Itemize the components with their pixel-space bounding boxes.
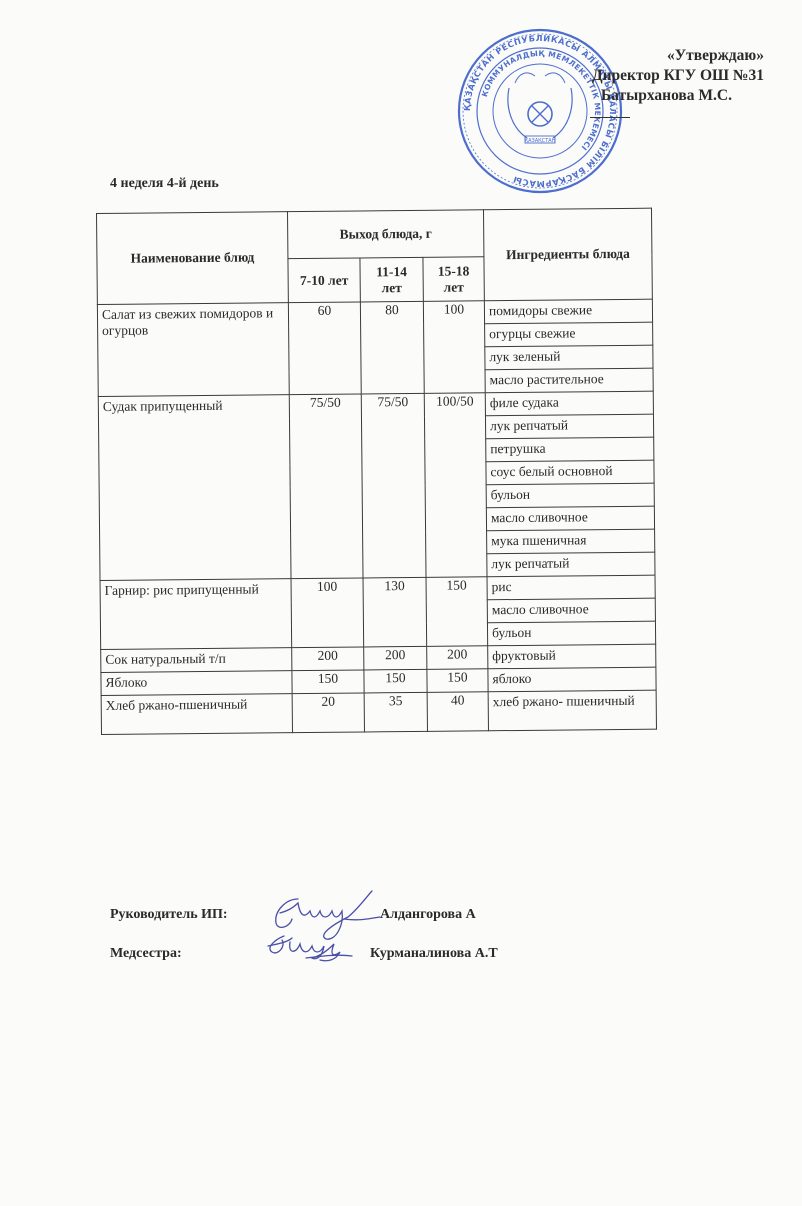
yield-7-10: 150: [292, 670, 364, 694]
yield-11-14: 75/50: [361, 393, 426, 578]
ingredient: фруктовый: [488, 644, 656, 669]
yield-7-10: 60: [288, 302, 361, 395]
yield-11-14: 130: [363, 577, 427, 647]
dish-name: Хлеб ржано-пшеничный: [101, 694, 292, 735]
svg-text:ҚАЗАҚСТАН: ҚАЗАҚСТАН: [525, 138, 556, 144]
signature-row-head: Руководитель ИП: Алдангорова А: [110, 907, 228, 923]
ingredient: огурцы свежие: [485, 322, 653, 347]
ingredient: помидоры свежие: [484, 299, 652, 324]
yield-7-10: 100: [291, 578, 364, 648]
yield-7-10: 75/50: [289, 394, 363, 579]
header-yield: Выход блюда, г: [287, 210, 483, 259]
ingredient: масло сливочное: [486, 506, 654, 531]
ingredient: бульон: [486, 483, 654, 508]
yield-7-10: 20: [292, 693, 364, 733]
ingredient: лук зеленый: [485, 345, 653, 370]
ingredient: хлеб ржано- пшеничный: [488, 690, 656, 731]
director-signature-line: [590, 117, 630, 118]
menu-table: Наименование блюд Выход блюда, г Ингреди…: [96, 208, 657, 735]
approval-name: Батырханова М.С.: [592, 86, 732, 106]
ingredient: бульон: [487, 621, 655, 646]
ingredient: масло сливочное: [487, 598, 655, 623]
signature-row-nurse: Медсестра: Курманалинова А.Т: [110, 946, 182, 962]
yield-15-18: 100/50: [424, 393, 487, 578]
menu-table-body: Салат из свежих помидоров и огурцов60801…: [97, 299, 656, 734]
nurse-signature: [262, 926, 362, 966]
dish-name: Яблоко: [101, 671, 292, 696]
header-age-15-18: 15-18 лет: [423, 257, 484, 302]
yield-11-14: 35: [364, 692, 427, 732]
yield-11-14: 80: [360, 301, 424, 394]
approval-position: Директор КГУ ОШ №31: [592, 66, 764, 86]
dish-name: Салат из свежих помидоров и огурцов: [97, 303, 289, 397]
yield-11-14: 150: [364, 669, 427, 693]
dish-name: Судак припущенный: [98, 395, 291, 581]
ingredient: яблоко: [488, 667, 656, 692]
ingredient: филе судака: [485, 391, 653, 416]
header-age-11-14: 11-14 лет: [360, 257, 423, 302]
approval-title: «Утверждаю»: [592, 46, 764, 66]
ingredient: лук репчатый: [485, 414, 653, 439]
table-row: Хлеб ржано-пшеничный203540хлеб ржано- пш…: [101, 690, 656, 734]
dish-name: Гарнир: рис припущенный: [100, 579, 292, 650]
yield-11-14: 200: [364, 646, 427, 670]
head-label: Руководитель ИП:: [110, 907, 228, 923]
yield-15-18: 150: [427, 669, 488, 693]
yield-15-18: 150: [426, 577, 488, 647]
ingredient: лук репчатый: [487, 552, 655, 577]
day-title: 4 неделя 4-й день: [110, 176, 219, 192]
header-dish-name: Наименование блюд: [97, 212, 289, 305]
head-name: Алдангорова А: [380, 907, 476, 923]
ingredient: петрушка: [486, 437, 654, 462]
yield-15-18: 100: [423, 301, 485, 394]
yield-15-18: 40: [427, 692, 488, 732]
dish-name: Сок натуральный т/п: [101, 648, 292, 673]
nurse-name: Курманалинова А.Т: [370, 946, 498, 962]
nurse-label: Медсестра:: [110, 946, 182, 962]
ingredient: мука пшеничная: [487, 529, 655, 554]
approval-block: «Утверждаю» Директор КГУ ОШ №31 Батырхан…: [592, 46, 766, 106]
header-age-7-10: 7-10 лет: [288, 258, 360, 303]
ingredient: соус белый основной: [486, 460, 654, 485]
yield-15-18: 200: [427, 646, 488, 670]
header-ingredients: Ингредиенты блюда: [483, 208, 652, 301]
ingredient: рис: [487, 575, 655, 600]
yield-7-10: 200: [292, 647, 364, 671]
ingredient: масло растительное: [485, 368, 653, 393]
